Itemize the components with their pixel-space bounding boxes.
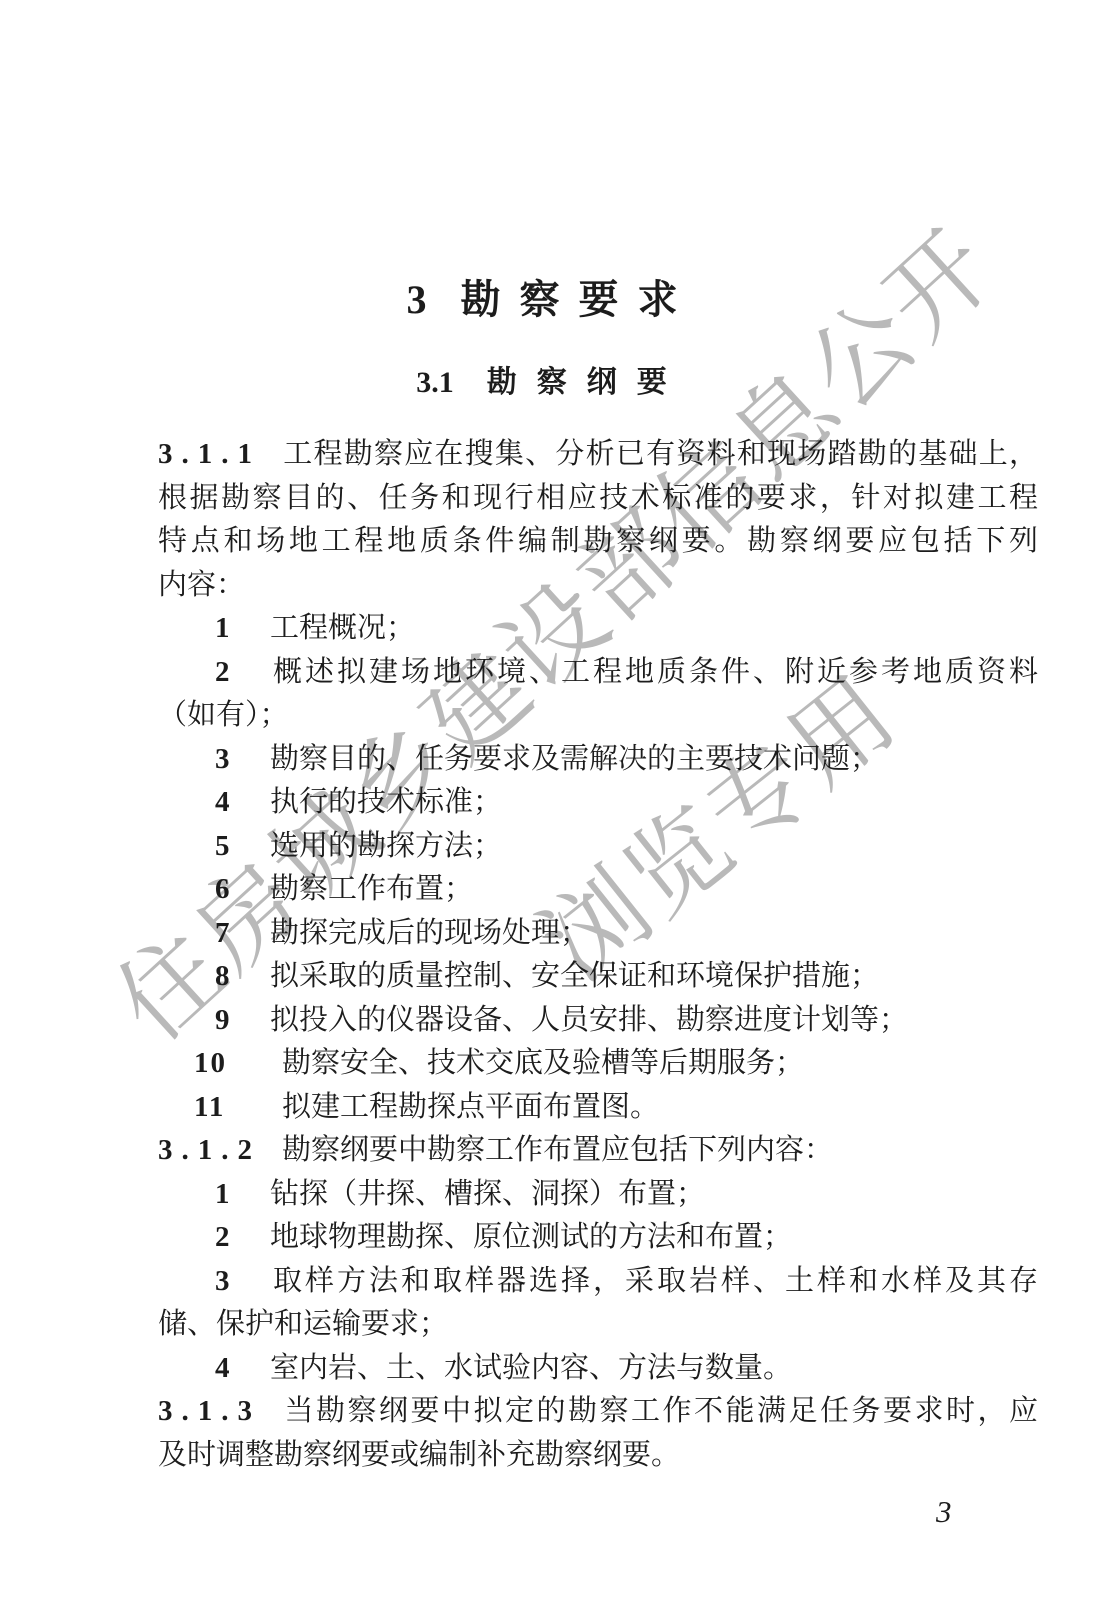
item-number: 2	[215, 651, 270, 695]
clause-line: 3.1.1工程勘察应在搜集、分析已有资料和现场踏勘的基础上，	[158, 433, 1038, 477]
line-text: 取样方法和取样器选择，采取岩样、土样和水样及其存	[270, 1265, 1038, 1297]
clause-number: 3.1.1	[158, 433, 282, 477]
text-line: 储、保护和运输要求；	[158, 1303, 1038, 1347]
line-text: 概述拟建场地环境、工程地质条件、附近参考地质资料	[270, 656, 1038, 688]
list-item-line: 8拟采取的质量控制、安全保证和环境保护措施；	[158, 955, 1038, 999]
line-text: （如有）；	[158, 699, 289, 731]
list-item-line: 3取样方法和取样器选择，采取岩样、土样和水样及其存	[158, 1260, 1038, 1304]
document-page: 住房城乡建设部信息公开 浏览专用 3勘察要求 3.1勘察纲要 3.1.1工程勘察…	[0, 0, 1103, 1598]
item-number: 1	[215, 607, 270, 651]
line-text: 勘察安全、技术交底及验槽等后期服务；	[282, 1047, 804, 1079]
section-title: 3.1勘察纲要	[0, 366, 1103, 400]
item-number: 11	[194, 1086, 282, 1130]
list-item-line: 2概述拟建场地环境、工程地质条件、附近参考地质资料	[158, 651, 1038, 695]
chapter-number: 3	[407, 277, 427, 322]
item-number: 7	[215, 912, 270, 956]
item-number: 5	[215, 825, 270, 869]
line-text: 勘察目的、任务要求及需解决的主要技术问题；	[270, 743, 879, 775]
list-item-line: 1工程概况；	[158, 607, 1038, 651]
line-text: 及时调整勘察纲要或编制补充勘察纲要。	[158, 1439, 680, 1471]
list-item-line: 6勘察工作布置；	[158, 868, 1038, 912]
item-number: 3	[215, 1260, 270, 1304]
item-number: 4	[215, 781, 270, 825]
line-text: 勘察纲要中勘察工作布置应包括下列内容：	[282, 1134, 833, 1166]
text-line: 根据勘察目的、任务和现行相应技术标准的要求，针对拟建工程	[158, 477, 1038, 521]
line-text: 勘察工作布置；	[270, 873, 473, 905]
body-text: 3.1.1工程勘察应在搜集、分析已有资料和现场踏勘的基础上，根据勘察目的、任务和…	[158, 433, 1038, 1477]
list-item-line: 11拟建工程勘探点平面布置图。	[158, 1086, 1038, 1130]
line-text: 特点和场地工程地质条件编制勘察纲要。勘察纲要应包括下列	[158, 525, 1038, 557]
line-text: 选用的勘探方法；	[270, 830, 502, 862]
section-number: 3.1	[416, 366, 454, 399]
list-item-line: 2地球物理勘探、原位测试的方法和布置；	[158, 1216, 1038, 1260]
chapter-title-text: 勘察要求	[461, 277, 697, 322]
list-item-line: 1钻探（井探、槽探、洞探）布置；	[158, 1173, 1038, 1217]
line-text: 内容：	[158, 569, 245, 601]
line-text: 当勘察纲要中拟定的勘察工作不能满足任务要求时，应	[282, 1395, 1038, 1427]
item-number: 1	[215, 1173, 270, 1217]
clause-line: 3.1.3当勘察纲要中拟定的勘察工作不能满足任务要求时，应	[158, 1390, 1038, 1434]
list-item-line: 5选用的勘探方法；	[158, 825, 1038, 869]
text-line: 及时调整勘察纲要或编制补充勘察纲要。	[158, 1434, 1038, 1478]
list-item-line: 10勘察安全、技术交底及验槽等后期服务；	[158, 1042, 1038, 1086]
page-number: 3	[936, 1494, 952, 1530]
line-text: 拟投入的仪器设备、人员安排、勘察进度计划等；	[270, 1004, 908, 1036]
line-text: 根据勘察目的、任务和现行相应技术标准的要求，针对拟建工程	[158, 482, 1038, 514]
clause-number: 3.1.2	[158, 1129, 282, 1173]
clause-number: 3.1.3	[158, 1390, 282, 1434]
line-text: 储、保护和运输要求；	[158, 1308, 448, 1340]
line-text: 钻探（井探、槽探、洞探）布置；	[270, 1178, 705, 1210]
line-text: 执行的技术标准；	[270, 786, 502, 818]
item-number: 10	[194, 1042, 282, 1086]
item-number: 6	[215, 868, 270, 912]
section-title-text: 勘察纲要	[487, 366, 687, 399]
line-text: 工程勘察应在搜集、分析已有资料和现场踏勘的基础上，	[282, 438, 1038, 470]
line-text: 地球物理勘探、原位测试的方法和布置；	[270, 1221, 792, 1253]
text-line: 特点和场地工程地质条件编制勘察纲要。勘察纲要应包括下列	[158, 520, 1038, 564]
line-text: 勘探完成后的现场处理；	[270, 917, 589, 949]
item-number: 4	[215, 1347, 270, 1391]
list-item-line: 4执行的技术标准；	[158, 781, 1038, 825]
item-number: 2	[215, 1216, 270, 1260]
chapter-title: 3勘察要求	[0, 278, 1103, 322]
list-item-line: 4室内岩、土、水试验内容、方法与数量。	[158, 1347, 1038, 1391]
text-line: （如有）；	[158, 694, 1038, 738]
line-text: 工程概况；	[270, 612, 415, 644]
item-number: 3	[215, 738, 270, 782]
line-text: 室内岩、土、水试验内容、方法与数量。	[270, 1352, 792, 1384]
item-number: 8	[215, 955, 270, 999]
list-item-line: 7勘探完成后的现场处理；	[158, 912, 1038, 956]
line-text: 拟采取的质量控制、安全保证和环境保护措施；	[270, 960, 879, 992]
list-item-line: 3勘察目的、任务要求及需解决的主要技术问题；	[158, 738, 1038, 782]
clause-line: 3.1.2勘察纲要中勘察工作布置应包括下列内容：	[158, 1129, 1038, 1173]
text-line: 内容：	[158, 564, 1038, 608]
line-text: 拟建工程勘探点平面布置图。	[282, 1091, 659, 1123]
item-number: 9	[215, 999, 270, 1043]
list-item-line: 9拟投入的仪器设备、人员安排、勘察进度计划等；	[158, 999, 1038, 1043]
